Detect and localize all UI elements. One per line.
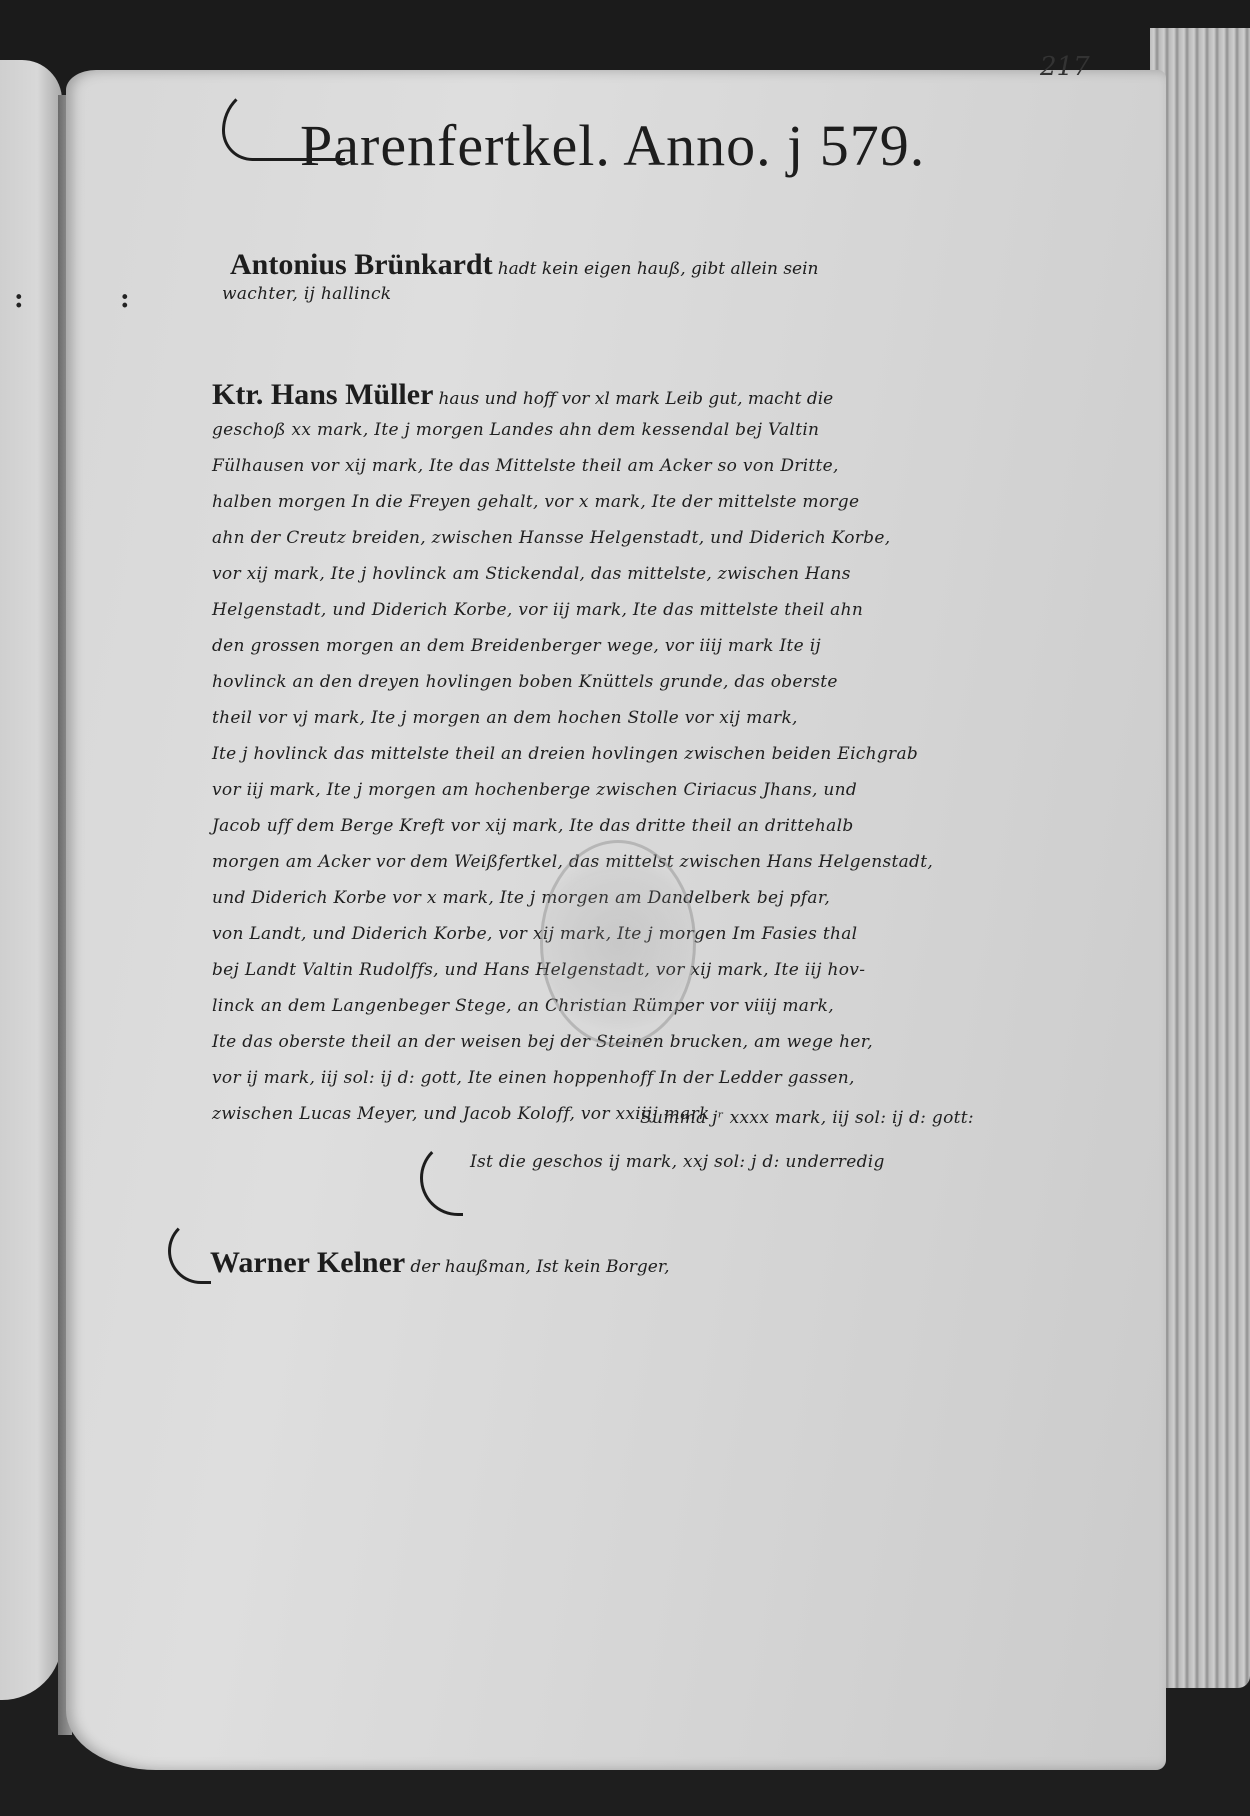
entry-line: wachter, ij hallinck [222, 284, 391, 304]
summary-line: Summa jʳ xxxx mark, iij sol: ij d: gott: [640, 1108, 974, 1128]
entry-line: von Landt, und Diderich Korbe, vor xij m… [212, 924, 857, 944]
entry-line: vor xij mark, Ite j hovlinck am Stickend… [212, 564, 851, 584]
entry-line: Fülhausen vor xij mark, Ite das Mittelst… [212, 456, 839, 476]
page-title: Parenfertkel. Anno. j 579. [300, 112, 925, 179]
entry-line: zwischen Lucas Meyer, und Jacob Koloff, … [212, 1104, 710, 1124]
entry-line: vor ij mark, iij sol: ij d: gott, Ite ei… [212, 1068, 855, 1088]
page-number: 217 [1040, 52, 1090, 82]
summary-line: Ist die geschos ij mark, xxj sol: j d: u… [470, 1152, 885, 1172]
entry-hans-mueller: Ktr. Hans Müller haus und hoff vor xl ma… [212, 378, 833, 412]
margin-mark-right-page: : [120, 292, 130, 306]
left-facing-page [0, 60, 62, 1700]
entry-line: theil vor vj mark, Ite j morgen an dem h… [212, 708, 798, 728]
entry-text: hadt kein eigen hauß, gibt allein sein [498, 259, 819, 279]
entry-line: hovlinck an den dreyen hovlingen boben K… [212, 672, 838, 692]
entry-line: vor iij mark, Ite j morgen am hochenberg… [212, 780, 857, 800]
entry-line: Jacob uff dem Berge Kreft vor xij mark, … [212, 816, 854, 836]
entry-line: bej Landt Valtin Rudolffs, und Hans Helg… [212, 960, 865, 980]
entry-line: linck an dem Langenbeger Stege, an Chris… [212, 996, 834, 1016]
entry-warner-kelner: Warner Kelner der haußman, Ist kein Borg… [210, 1246, 670, 1280]
margin-mark-left-page: : [14, 292, 24, 306]
entry-antonius: Antonius Brünkardt hadt kein eigen hauß,… [230, 248, 819, 282]
entry-name: Warner Kelner [210, 1246, 405, 1279]
entry-name: Ktr. Hans Müller [212, 378, 433, 411]
entry-line: und Diderich Korbe vor x mark, Ite j mor… [212, 888, 830, 908]
entry-line: geschoß xx mark, Ite j morgen Landes ahn… [212, 420, 819, 440]
entry-line: den grossen morgen an dem Breidenberger … [212, 636, 821, 656]
entry-line: Helgenstadt, und Diderich Korbe, vor iij… [212, 600, 863, 620]
entry-line: ahn der Creutz breiden, zwischen Hansse … [212, 528, 890, 548]
entry-text: der haußman, Ist kein Borger, [410, 1257, 669, 1277]
entry-text: haus und hoff vor xl mark Leib gut, mach… [438, 389, 833, 409]
entry-name: Antonius Brünkardt [230, 248, 493, 281]
archive-stamp [540, 840, 696, 1046]
entry-line: halben morgen In die Freyen gehalt, vor … [212, 492, 859, 512]
entry-line: Ite das oberste theil an der weisen bej … [212, 1032, 873, 1052]
entry-line: Ite j hovlinck das mittelste theil an dr… [212, 744, 918, 764]
